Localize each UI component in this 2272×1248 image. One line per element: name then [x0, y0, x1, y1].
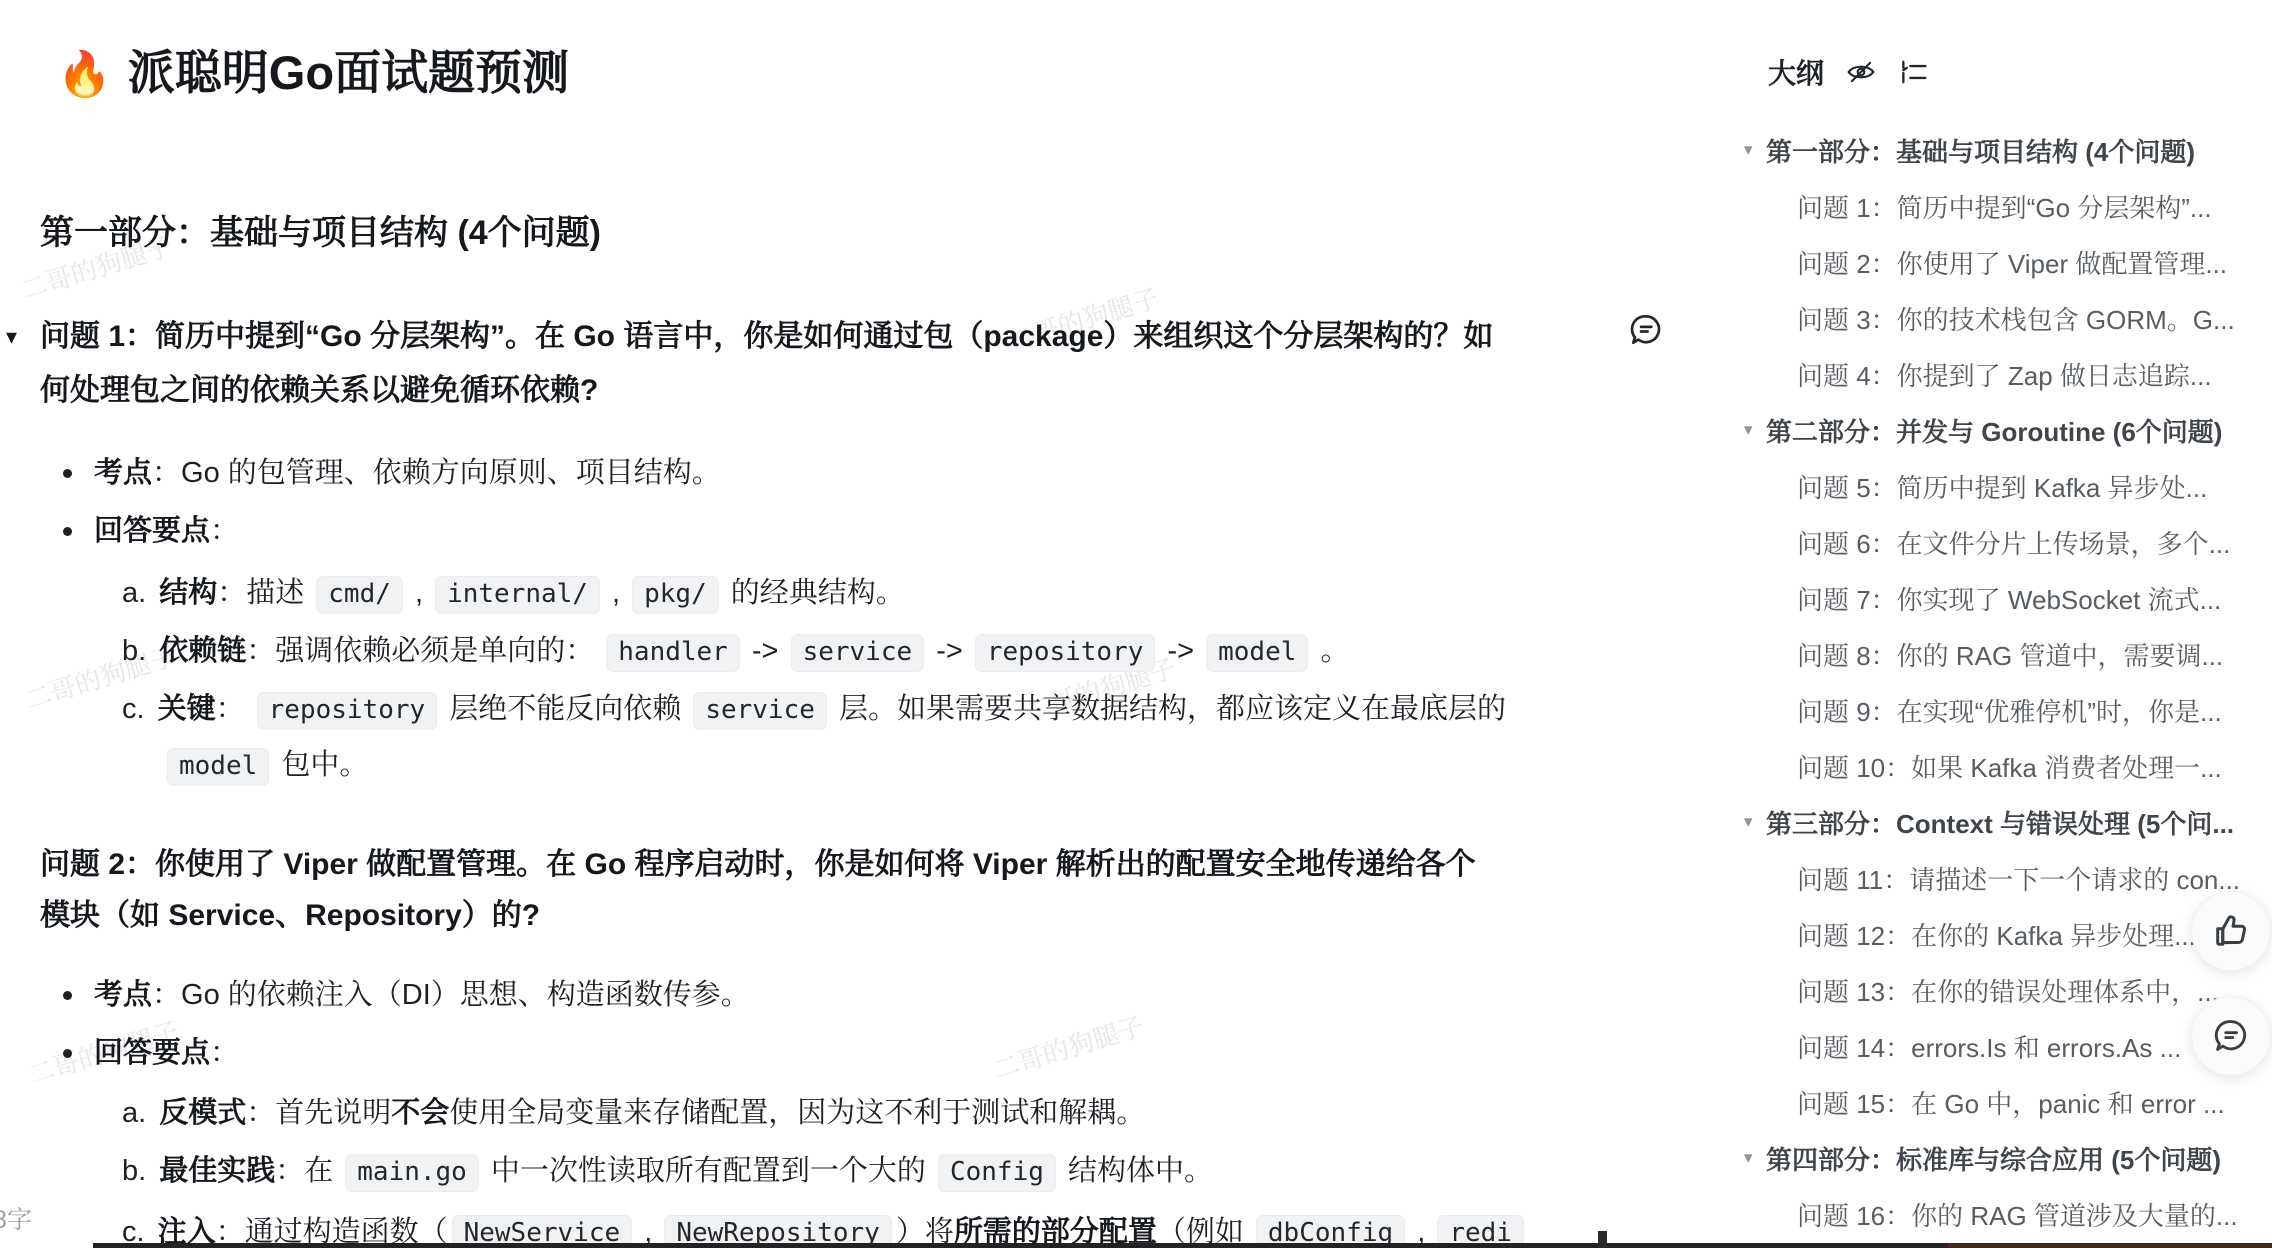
- outline-title: 大纲: [1768, 52, 1824, 92]
- outline-row-label: 问题 3：你的技术栈包含 GORM。G...: [1797, 300, 2235, 337]
- outline-section-row[interactable]: ▾第四部分：标准库与综合应用 (5个问题): [1740, 1130, 2272, 1186]
- bottom-edge-bar: [93, 1243, 1948, 1248]
- outline-row-label: 问题 15：在 Go 中，panic 和 error ...: [1797, 1084, 2225, 1121]
- document-canvas: 二哥的狗腿子 二哥的狗腿子 二哥的狗腿子 二哥的狗腿子 二哥的狗腿子 二哥的狗腿…: [0, 0, 1740, 1248]
- eye-off-icon[interactable]: [1846, 57, 1876, 87]
- inline-code-chip: repository: [257, 692, 438, 730]
- outline-row-label: 问题 13：在你的错误处理体系中，...: [1797, 972, 2219, 1009]
- question-1-title-line1: 问题 1：简历中提到“Go 分层架构”。在 Go 语言中，你是如何通过包（pac…: [40, 318, 1493, 356]
- bullet-dot: [63, 527, 72, 536]
- question-2-title-line1: 问题 2：你使用了 Viper 做配置管理。在 Go 程序启动时，你是如何将 V…: [40, 846, 1476, 884]
- list-letter: b.: [122, 635, 146, 667]
- thumbs-up-icon: [2212, 912, 2250, 950]
- outline-section-row[interactable]: ▾第三部分：Context 与错误处理 (5个问...: [1740, 794, 2272, 850]
- outline-question-row[interactable]: 问题 2：你使用了 Viper 做配置管理...: [1740, 234, 2272, 290]
- outline-row-label: 问题 6：在文件分片上传场景，多个...: [1797, 524, 2230, 561]
- outline-row-label: 第三部分：Context 与错误处理 (5个问...: [1766, 804, 2234, 841]
- list-item-a: a.反模式：首先说明不会使用全局变量来存储配置，因为这不利于测试和解耦。: [122, 1095, 1145, 1131]
- outline-row-label: 问题 11：请描述一下一个请求的 con...: [1797, 860, 2240, 897]
- outline-question-row[interactable]: 问题 5：简历中提到 Kafka 异步处...: [1740, 458, 2272, 514]
- outline-row-label: 问题 14：errors.Is 和 errors.As ...: [1797, 1028, 2181, 1065]
- collapse-triangle-icon[interactable]: ▾: [1744, 140, 1766, 160]
- watermark: 二哥的狗腿子: [988, 1006, 1148, 1087]
- outline-question-row[interactable]: 问题 13：在你的错误处理体系中，...: [1740, 962, 2272, 1018]
- outline-row-label: 问题 12：在你的 Kafka 异步处理...: [1797, 916, 2196, 953]
- collapse-triangle-icon[interactable]: ▾: [1744, 1148, 1766, 1168]
- outline-list-icon[interactable]: [1898, 57, 1928, 87]
- outline-question-row[interactable]: 问题 3：你的技术栈包含 GORM。G...: [1740, 290, 2272, 346]
- inline-code-chip: model: [167, 748, 269, 786]
- outline-question-row[interactable]: 问题 16：你的 RAG 管道涉及大量的...: [1740, 1186, 2272, 1242]
- outline-question-row[interactable]: 问题 11：请描述一下一个请求的 con...: [1740, 850, 2272, 906]
- inline-code-chip: handler: [606, 634, 740, 672]
- collapse-triangle-icon[interactable]: ▾: [6, 324, 17, 350]
- page-title: 🔥派聪明Go面试题预测: [57, 44, 569, 103]
- outline-question-row[interactable]: 问题 7：你实现了 WebSocket 流式...: [1740, 570, 2272, 626]
- bullet-dot: [63, 469, 72, 478]
- bottom-edge-block: [1598, 1231, 1607, 1248]
- list-item-c: c.关键： repository 层绝不能反向依赖 service 层。如果需要…: [122, 691, 1506, 727]
- outline-panel: 大纲 ▾第一部分：基础与项目结构 (4个问题)问题 1：简历中提到“Go 分层架…: [1740, 0, 2272, 1248]
- inline-code-chip: repository: [975, 634, 1156, 672]
- outline-question-row[interactable]: 问题 4：你提到了 Zap 做日志追踪...: [1740, 346, 2272, 402]
- outline-section-row[interactable]: ▾第一部分：基础与项目结构 (4个问题): [1740, 122, 2272, 178]
- list-letter: a.: [122, 1097, 146, 1129]
- inline-code-chip: Config: [938, 1154, 1056, 1192]
- inline-code-chip: cmd/: [316, 576, 403, 614]
- inline-code-chip: service: [693, 692, 827, 730]
- outline-question-row[interactable]: 问题 6：在文件分片上传场景，多个...: [1740, 514, 2272, 570]
- question-1-title-line2: 何处理包之间的依赖关系以避免循环依赖?: [40, 372, 598, 410]
- outline-row-label: 第二部分：并发与 Goroutine (6个问题): [1766, 412, 2222, 449]
- list-letter: b.: [122, 1155, 146, 1187]
- list-item-b: b.最佳实践：在 main.go 中一次性读取所有配置到一个大的 Config …: [122, 1153, 1213, 1189]
- bullet-dot: [63, 1049, 72, 1058]
- fire-emoji-icon: 🔥: [57, 50, 112, 99]
- outline-row-label: 问题 2：你使用了 Viper 做配置管理...: [1797, 244, 2227, 281]
- bullet-item: 回答要点：: [63, 1035, 239, 1071]
- like-button[interactable]: [2191, 891, 2271, 971]
- inline-code-chip: pkg/: [632, 576, 719, 614]
- list-item-a: a.结构：描述 cmd/ , internal/ , pkg/ 的经典结构。: [122, 575, 905, 611]
- list-letter: a.: [122, 577, 146, 609]
- list-item-b: b.依赖链：强调依赖必须是单向的： handler -> service -> …: [122, 633, 1349, 669]
- outline-question-row[interactable]: 问题 8：你的 RAG 管道中，需要调...: [1740, 626, 2272, 682]
- outline-section-row[interactable]: ▾第二部分：并发与 Goroutine (6个问题): [1740, 402, 2272, 458]
- outline-row-label: 问题 7：你实现了 WebSocket 流式...: [1797, 580, 2221, 617]
- outline-row-label: 问题 1：简历中提到“Go 分层架构”...: [1797, 188, 2212, 225]
- inline-code-chip: model: [1206, 634, 1308, 672]
- bullet-dot: [63, 991, 72, 1000]
- list-item-c-line2: model 包中。: [163, 747, 368, 783]
- outline-row-label: 问题 9：在实现“优雅停机”时，你是...: [1797, 692, 2222, 729]
- bullet-item: 考点：Go 的依赖注入（DI）思想、构造函数传参。: [63, 977, 750, 1013]
- outline-row-label: 问题 16：你的 RAG 管道涉及大量的...: [1797, 1196, 2238, 1233]
- list-letter: c.: [122, 693, 145, 725]
- outline-row-label: 第一部分：基础与项目结构 (4个问题): [1766, 132, 2195, 169]
- question-2-title-line2: 模块（如 Service、Repository）的?: [40, 897, 540, 935]
- inline-code-chip: main.go: [345, 1154, 479, 1192]
- comment-button[interactable]: [2191, 996, 2271, 1076]
- outline-question-row[interactable]: 问题 10：如果 Kafka 消费者处理一...: [1740, 738, 2272, 794]
- inline-code-chip: internal/: [435, 576, 600, 614]
- outline-row-label: 第四部分：标准库与综合应用 (5个问题): [1766, 1140, 2221, 1177]
- outline-rows: ▾第一部分：基础与项目结构 (4个问题)问题 1：简历中提到“Go 分层架构”.…: [1740, 122, 2272, 1242]
- bottom-edge-bar-right: [1948, 1243, 2272, 1248]
- collapse-triangle-icon[interactable]: ▾: [1744, 812, 1766, 832]
- comment-bubble-icon: [2212, 1017, 2250, 1055]
- collapse-triangle-icon[interactable]: ▾: [1744, 420, 1766, 440]
- comment-bubble-icon[interactable]: [1628, 312, 1664, 348]
- outline-row-label: 问题 10：如果 Kafka 消费者处理一...: [1797, 748, 2222, 785]
- inline-code-chip: service: [791, 634, 925, 672]
- section-heading: 第一部分：基础与项目结构 (4个问题): [40, 212, 601, 255]
- outline-row-label: 问题 4：你提到了 Zap 做日志追踪...: [1797, 356, 2212, 393]
- outline-question-row[interactable]: 问题 1：简历中提到“Go 分层架构”...: [1740, 178, 2272, 234]
- outline-question-row[interactable]: 问题 9：在实现“优雅停机”时，你是...: [1740, 682, 2272, 738]
- bullet-item: 回答要点：: [63, 513, 239, 549]
- word-count: 8字: [0, 1200, 32, 1236]
- outline-header: 大纲: [1768, 52, 1928, 92]
- outline-row-label: 问题 8：你的 RAG 管道中，需要调...: [1797, 636, 2223, 673]
- outline-question-row[interactable]: 问题 15：在 Go 中，panic 和 error ...: [1740, 1074, 2272, 1130]
- bullet-item: 考点：Go 的包管理、依赖方向原则、项目结构。: [63, 455, 721, 491]
- page-title-text: 派聪明Go面试题预测: [128, 46, 569, 99]
- outline-row-label: 问题 5：简历中提到 Kafka 异步处...: [1797, 468, 2207, 505]
